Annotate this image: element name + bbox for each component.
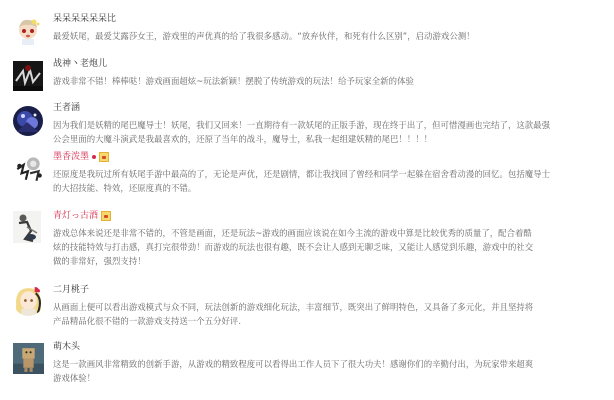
cartoon-boy-avatar-icon — [13, 16, 43, 46]
username-row: 墨香泼墨 — [53, 150, 553, 164]
comment-body: 二月桃子 从画面上便可以看出游戏模式与众不同，玩法创新的游戏细化玩法，丰富细节，… — [53, 283, 553, 328]
avatar-ink-flower[interactable] — [13, 152, 45, 184]
avatar-blue-fantasy[interactable] — [13, 106, 43, 136]
comment-line: 游戏体验！ — [53, 371, 553, 385]
avatar-cartoon-boy[interactable] — [13, 16, 43, 46]
username[interactable]: 王者涵 — [53, 101, 80, 115]
comment-line: 做的非常好，强烈支持！ — [53, 254, 553, 268]
comment-text: 游戏总体来说还是非常不错的，不管是画面，还是玩法~游戏的画面应该说在如今主流的游… — [53, 226, 553, 268]
comment-line: 从画面上便可以看出游戏模式与众不同，玩法创新的游戏细化玩法，丰富细节，既突出了鲜… — [53, 300, 553, 314]
comment-line: 游戏总体来说还是非常不错的，不管是画面，还是玩法~游戏的画面应该说在如今主流的游… — [53, 226, 553, 240]
comment-text: 游戏非常不错！棒棒哒！游戏画面超炫~玩法新颖！摆脱了传统游戏的玩法！给予玩家全新… — [53, 74, 553, 88]
danbo-box-avatar-icon — [13, 343, 44, 374]
username[interactable]: 青灯っ古酒 — [53, 209, 98, 223]
comment-text: 这是一款画风非常精致的创新手游，从游戏的精致程度可以看得出工作人员下了很大功夫！… — [53, 357, 553, 385]
comment-line: 产品精品化很不错的一款游戏支持送一个五分好评. — [53, 314, 553, 328]
username[interactable]: 战神丶老炮儿 — [53, 57, 107, 71]
anime-girl-avatar-icon — [13, 285, 44, 316]
comment-line: 公会里面的大魔斗演武是我最喜欢的，还原了当年的战斗，魔导士，私我一起组建妖精的尾… — [53, 132, 553, 146]
username[interactable]: 二月桃子 — [53, 283, 89, 297]
comment-list: 呆呆呆呆呆呆比 最爱妖尾，最爱艾露莎女王，游戏里的声优真的给了我很多感动。“放弃… — [0, 0, 614, 400]
comment-line: 这是一款画风非常精致的创新手游，从游戏的精致程度可以看得出工作人员下了很大功夫！… — [53, 357, 553, 371]
avatar-dark-calligraphy[interactable] — [13, 61, 43, 91]
sketch-figure-avatar-icon — [13, 211, 41, 243]
comment-text: 从画面上便可以看出游戏模式与众不同，玩法创新的游戏细化玩法，丰富细节，既突出了鲜… — [53, 300, 553, 328]
username[interactable]: 萌木头 — [53, 340, 80, 354]
avatar-sketch-figure[interactable] — [13, 211, 41, 243]
username-row: 二月桃子 — [53, 283, 553, 297]
comment-body: 王者涵 因为我们是妖精的尾巴魔导士！妖尾，我们又回来！一直期待有一款妖尾的正版手… — [53, 101, 553, 146]
comment-body: 萌木头 这是一款画风非常精致的创新手游，从游戏的精致程度可以看得出工作人员下了很… — [53, 340, 553, 385]
level-badge-icon — [101, 211, 111, 221]
ink-flower-avatar-icon — [13, 152, 45, 184]
username-row: 萌木头 — [53, 340, 553, 354]
comment-body: 墨香泼墨 还原度是我玩过所有妖尾手游中最高的了，无论是声优，还是剧情，都让我找回… — [53, 150, 553, 195]
username-row: 呆呆呆呆呆呆比 — [53, 12, 553, 26]
username[interactable]: 呆呆呆呆呆呆比 — [53, 12, 116, 26]
comment-line: 炫的技能特效与打击感，真打完很带劲！而游戏的玩法也很有趣，既不会让人感到无聊乏味… — [53, 240, 553, 254]
username[interactable]: 墨香泼墨 — [53, 150, 89, 164]
username-row: 战神丶老炮儿 — [53, 57, 553, 71]
dark-calligraphy-avatar-icon — [13, 61, 43, 91]
avatar-danbo-box[interactable] — [13, 343, 44, 374]
comment-body: 战神丶老炮儿 游戏非常不错！棒棒哒！游戏画面超炫~玩法新颖！摆脱了传统游戏的玩法… — [53, 57, 553, 88]
username-row: 王者涵 — [53, 101, 553, 115]
username-row: 青灯っ古酒 — [53, 209, 553, 223]
level-badge-icon — [99, 152, 109, 162]
comment-body: 呆呆呆呆呆呆比 最爱妖尾，最爱艾露莎女王，游戏里的声优真的给了我很多感动。“放弃… — [53, 12, 553, 43]
vip-dot-icon — [92, 155, 96, 159]
avatar-anime-girl[interactable] — [13, 285, 44, 316]
blue-fantasy-avatar-icon — [13, 106, 43, 136]
comment-line: 最爱妖尾，最爱艾露莎女王，游戏里的声优真的给了我很多感动。“放弃伙伴，和死有什么… — [53, 29, 553, 43]
comment-line: 游戏非常不错！棒棒哒！游戏画面超炫~玩法新颖！摆脱了传统游戏的玩法！给予玩家全新… — [53, 74, 553, 88]
comment-line: 因为我们是妖精的尾巴魔导士！妖尾，我们又回来！一直期待有一款妖尾的正版手游，现在… — [53, 118, 553, 132]
comment-line: 还原度是我玩过所有妖尾手游中最高的了，无论是声优，还是剧情，都让我找回了曾经和同… — [53, 167, 553, 181]
comment-text: 最爱妖尾，最爱艾露莎女王，游戏里的声优真的给了我很多感动。“放弃伙伴，和死有什么… — [53, 29, 553, 43]
comment-body: 青灯っ古酒 游戏总体来说还是非常不错的，不管是画面，还是玩法~游戏的画面应该说在… — [53, 209, 553, 268]
comment-text: 因为我们是妖精的尾巴魔导士！妖尾，我们又回来！一直期待有一款妖尾的正版手游，现在… — [53, 118, 553, 146]
comment-line: 的大招技能、特效，还原度真的不错。 — [53, 181, 553, 195]
comment-text: 还原度是我玩过所有妖尾手游中最高的了，无论是声优，还是剧情，都让我找回了曾经和同… — [53, 167, 553, 195]
